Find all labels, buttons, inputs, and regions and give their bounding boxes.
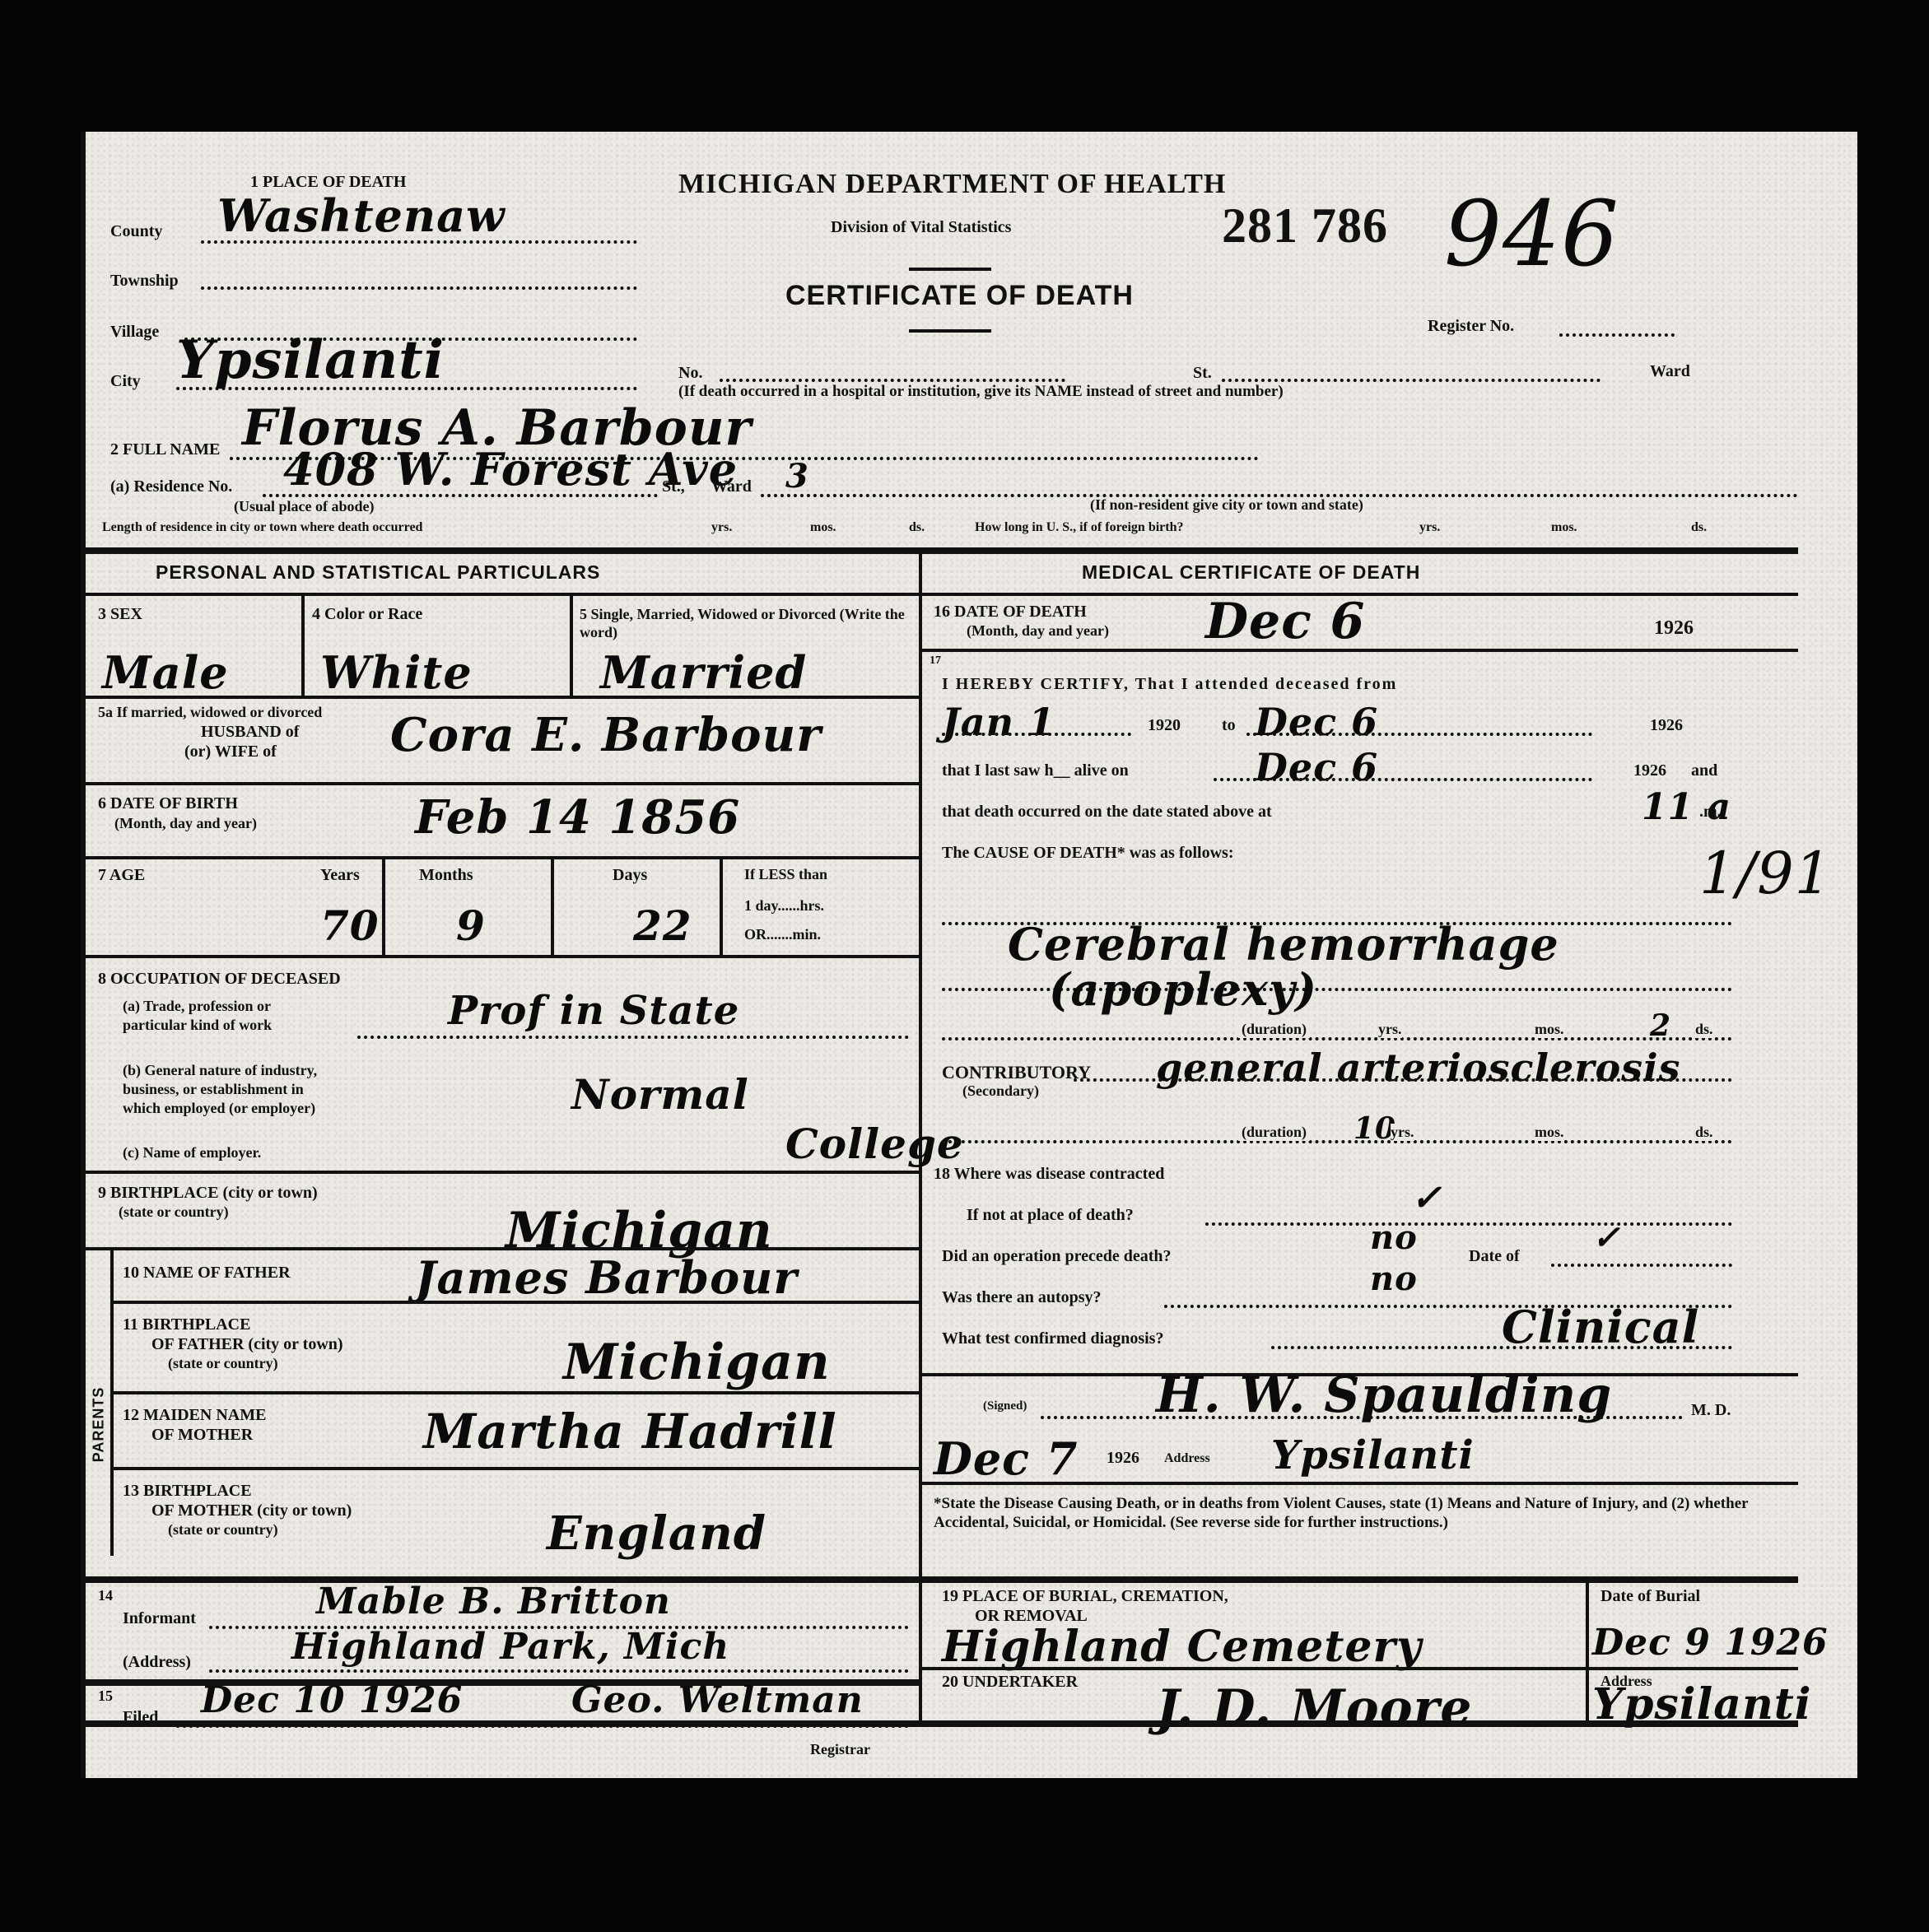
birthplace-label-1: 9 BIRTHPLACE (city or town) — [98, 1184, 318, 1203]
registrar-label: Registrar — [810, 1741, 870, 1758]
footnote-text: *State the Disease Causing Death, or in … — [934, 1494, 1790, 1532]
age-years-value: 70 — [320, 901, 380, 950]
attended-from-value: Jan 1 — [942, 700, 1055, 744]
father-birthplace-label-2: OF FATHER (city or town) — [151, 1335, 343, 1354]
disease-contracted-label: 18 Where was disease contracted — [934, 1165, 1164, 1184]
file-number: 281 786 — [1222, 198, 1388, 254]
signed-year: 1926 — [1107, 1449, 1139, 1468]
contrib-duration-label: (duration) — [1238, 1124, 1310, 1141]
signed-label: (Signed) — [983, 1399, 1027, 1413]
spouse-value: Cora E. Barbour — [390, 708, 822, 762]
not-at-place-value: ✓ — [1411, 1177, 1442, 1219]
cause-ds-label: ds. — [1695, 1021, 1713, 1038]
informant-number: 14 — [98, 1587, 113, 1604]
dod-value: Dec 6 — [1205, 593, 1365, 650]
registrar-signature: Geo. Weltman — [571, 1679, 864, 1721]
age-label: 7 AGE — [98, 866, 145, 885]
age-months-value: 9 — [456, 901, 486, 950]
age-months-label: Months — [419, 866, 473, 885]
contrib-ds-label: ds. — [1695, 1124, 1713, 1141]
time-suffix: .m. — [1699, 803, 1722, 822]
mother-birthplace-label-2: OF MOTHER (city or town) — [151, 1501, 352, 1520]
last-saw-year: 1926 — [1633, 761, 1666, 780]
age-days-value: 22 — [633, 901, 692, 950]
spouse-label-3: (or) WIFE of — [184, 743, 277, 761]
signed-date: Dec 7 — [934, 1432, 1078, 1485]
length-of-residence-label: Length of residence in city or town wher… — [102, 520, 422, 535]
industry-label-1: (b) General nature of industry, — [123, 1062, 317, 1079]
nonresident-note: (If non-resident give city or town and s… — [1090, 496, 1363, 514]
city-label: City — [110, 372, 141, 391]
occurred-text: that death occurred on the date stated a… — [942, 803, 1272, 822]
employer-label: (c) Name of employer. — [123, 1144, 261, 1162]
industry-label-3: which employed (or employer) — [123, 1100, 315, 1117]
trade-label-1: (a) Trade, profession or — [123, 998, 271, 1015]
birthplace-label-2: (state or country) — [119, 1203, 229, 1221]
father-name-value: James Barbour — [415, 1251, 798, 1304]
us-residence-label: How long in U. S., if of foreign birth? — [975, 520, 1184, 535]
burial-date-value: Dec 9 1926 — [1592, 1622, 1829, 1664]
and-label: and — [1691, 761, 1717, 780]
dod-label: 16 DATE OF DEATH — [934, 603, 1087, 621]
contributory-value: general arteriosclerosis — [1156, 1045, 1680, 1090]
cause-yrs-label: yrs. — [1378, 1021, 1402, 1038]
burial-place-value: Highland Cemetery — [942, 1622, 1422, 1672]
us-yrs-label: yrs. — [1419, 520, 1440, 535]
informant-address-label: (Address) — [123, 1653, 191, 1672]
burial-place-label-1: 19 PLACE OF BURIAL, CREMATION, — [942, 1587, 1228, 1606]
physician-address-label: Address — [1164, 1451, 1210, 1466]
contributory-label: CONTRIBUTORY — [942, 1062, 1091, 1083]
death-certificate: 1 PLACE OF DEATH MICHIGAN DEPARTMENT OF … — [81, 132, 1857, 1778]
medical-section-title: MEDICAL CERTIFICATE OF DEATH — [1082, 561, 1420, 584]
residence-ward-label: Ward — [711, 477, 752, 496]
department-title: MICHIGAN DEPARTMENT OF HEALTH — [678, 169, 1226, 200]
race-label: 4 Color or Race — [312, 605, 422, 624]
physician-address-value: Ypsilanti — [1271, 1432, 1475, 1478]
last-saw-value: Dec 6 — [1255, 745, 1378, 789]
age-years-label: Years — [320, 866, 360, 885]
attended-from-year: 1920 — [1148, 716, 1181, 735]
autopsy-value: no — [1370, 1259, 1418, 1298]
less-or-label: OR.......min. — [744, 926, 821, 943]
sex-label: 3 SEX — [98, 605, 142, 624]
age-days-label: Days — [613, 866, 647, 885]
race-value: White — [320, 646, 473, 699]
undertaker-label: 20 UNDERTAKER — [942, 1673, 1078, 1692]
full-name-label: 2 FULL NAME — [110, 440, 220, 459]
operation-value: no — [1370, 1218, 1418, 1257]
father-birthplace-value: Michigan — [563, 1334, 831, 1391]
certificate-title: CERTIFICATE OF DEATH — [785, 280, 1134, 312]
last-saw-text: that I last saw h__ alive on — [942, 761, 1129, 780]
md-label: M. D. — [1691, 1401, 1731, 1420]
autopsy-label: Was there an autopsy? — [942, 1288, 1102, 1307]
township-label: Township — [110, 272, 179, 291]
cause-text: The CAUSE OF DEATH* was as follows: — [942, 844, 1233, 863]
spouse-label-1: 5a If married, widowed or divorced — [98, 704, 322, 721]
operation-label: Did an operation precede death? — [942, 1247, 1172, 1266]
street-no-label: No. — [678, 364, 702, 383]
dod-sublabel: (Month, day and year) — [967, 622, 1109, 640]
cause-mos-label: mos. — [1535, 1021, 1564, 1038]
informant-address-value: Highland Park, Mich — [291, 1626, 729, 1668]
dod-year: 1926 — [1654, 617, 1694, 640]
dob-sublabel: (Month, day and year) — [114, 815, 257, 832]
informant-value: Mable B. Britton — [316, 1581, 671, 1622]
residence-label: (a) Residence No. — [110, 477, 232, 496]
village-label: Village — [110, 323, 159, 342]
filed-value: Dec 10 1926 — [201, 1679, 463, 1721]
less-than-label: If LESS than — [744, 866, 827, 883]
yrs-label: yrs. — [711, 520, 732, 535]
mos-label: mos. — [810, 520, 836, 535]
margin-note: 1/91 — [1699, 840, 1832, 907]
usual-abode-note: (Usual place of abode) — [234, 498, 375, 515]
cause-duration-days: 2 — [1650, 1008, 1671, 1043]
contrib-mos-label: mos. — [1535, 1124, 1564, 1141]
parents-label: PARENTS — [90, 1387, 107, 1463]
undertaker-value: J. D. Moore — [1156, 1679, 1472, 1737]
dob-label: 6 DATE OF BIRTH — [98, 794, 238, 813]
father-name-label: 10 NAME OF FATHER — [123, 1264, 291, 1283]
county-label: County — [110, 222, 162, 241]
city-value: Ypsilanti — [176, 329, 445, 391]
marital-label: 5 Single, Married, Widowed or Divorced (… — [580, 605, 909, 641]
less-day-label: 1 day......hrs. — [744, 897, 824, 915]
cause-duration-label: (duration) — [1238, 1021, 1310, 1038]
mother-name-label-2: OF MOTHER — [151, 1426, 253, 1445]
mother-name-value: Martha Hadrill — [423, 1404, 837, 1459]
industry-value: Normal — [571, 1070, 749, 1119]
operation-date-label: Date of — [1469, 1247, 1520, 1266]
marital-value: Married — [600, 646, 807, 699]
item-17-number: 17 — [930, 654, 941, 668]
dob-value: Feb 14 1856 — [415, 790, 740, 845]
test-label: What test confirmed diagnosis? — [942, 1329, 1163, 1348]
hospital-note: (If death occurred in a hospital or inst… — [678, 383, 1284, 401]
trade-label-2: particular kind of work — [123, 1017, 272, 1034]
to-label: to — [1222, 716, 1236, 735]
us-ds-label: ds. — [1691, 520, 1707, 535]
residence-st-label: St., — [662, 477, 685, 496]
county-value: Washtenaw — [217, 189, 506, 242]
father-birthplace-label-1: 11 BIRTHPLACE — [123, 1315, 250, 1334]
attended-to-value: Dec 6 — [1255, 700, 1378, 744]
spouse-label-2: HUSBAND of — [201, 723, 299, 742]
cause-primary-note: (apoplexy) — [1049, 963, 1317, 1016]
contrib-yrs-label: yrs. — [1391, 1124, 1414, 1141]
register-no-label: Register No. — [1428, 317, 1514, 336]
not-at-place-label: If not at place of death? — [967, 1206, 1134, 1225]
operation-date-value: ✓ — [1592, 1218, 1621, 1257]
contributory-sublabel: (Secondary) — [962, 1082, 1039, 1100]
residence-ward-value: 3 — [785, 457, 809, 496]
ward-label: Ward — [1650, 362, 1690, 381]
employer-value: College — [785, 1120, 964, 1168]
division-label: Division of Vital Statistics — [831, 218, 1011, 237]
mother-birthplace-label-3: (state or country) — [168, 1521, 278, 1539]
trade-value: Prof in State — [448, 988, 739, 1034]
father-birthplace-label-3: (state or country) — [168, 1355, 278, 1372]
mother-birthplace-label-1: 13 BIRTHPLACE — [123, 1482, 252, 1501]
certify-text: I HEREBY CERTIFY, That I attended deceas… — [942, 675, 1397, 694]
us-mos-label: mos. — [1551, 520, 1577, 535]
informant-label: Informant — [123, 1609, 196, 1628]
mother-name-label-1: 12 MAIDEN NAME — [123, 1406, 266, 1425]
attended-to-year: 1926 — [1650, 716, 1683, 735]
industry-label-2: business, or establishment in — [123, 1081, 304, 1098]
sex-value: Male — [102, 646, 229, 699]
st-label: St. — [1193, 364, 1212, 383]
filed-number: 15 — [98, 1688, 113, 1705]
mother-birthplace-value: England — [547, 1506, 766, 1561]
burial-date-label: Date of Burial — [1601, 1587, 1700, 1606]
occupation-label: 8 OCCUPATION OF DECEASED — [98, 970, 341, 989]
ds-label: ds. — [909, 520, 925, 535]
handwritten-number: 946 — [1444, 181, 1619, 286]
personal-section-title: PERSONAL AND STATISTICAL PARTICULARS — [156, 561, 600, 584]
